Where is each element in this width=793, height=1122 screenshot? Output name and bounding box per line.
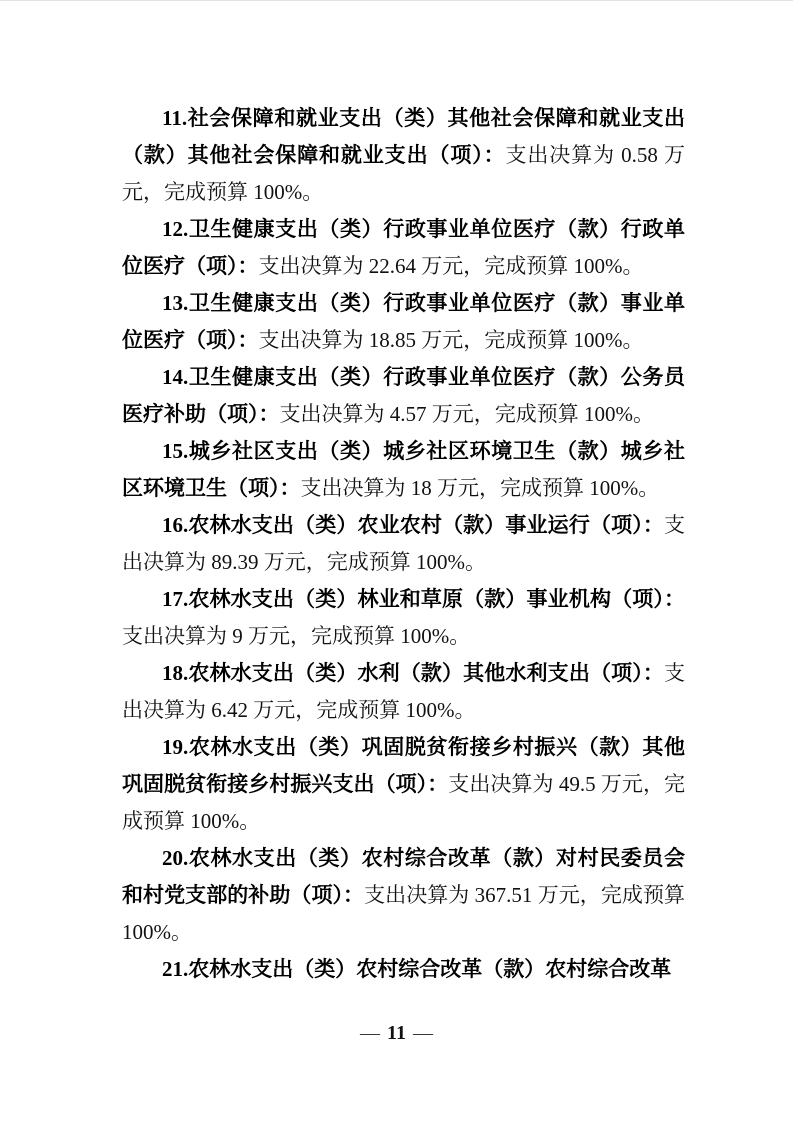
paragraph-item-11: 11.社会保障和就业支出（类）其他社会保障和就业支出（款）其他社会保障和就业支出… (122, 100, 685, 211)
paragraph-15-body: 支出决算为 18 万元，完成预算 100%。 (301, 476, 660, 500)
paragraph-item-20: 20.农林水支出（类）农村综合改革（款）对村民委员会和村党支部的补助（项）：支出… (122, 840, 685, 951)
page-number-value: 11 (382, 1022, 411, 1044)
paragraph-item-19: 19.农林水支出（类）巩固脱贫衔接乡村振兴（款）其他巩固脱贫衔接乡村振兴支出（项… (122, 729, 685, 840)
paragraph-item-18: 18.农林水支出（类）水利（款）其他水利支出（项）：支出决算为 6.42 万元，… (122, 655, 685, 729)
paragraph-17-body: 支出决算为 9 万元，完成预算 100%。 (122, 624, 470, 648)
paragraph-item-16: 16.农林水支出（类）农业农村（款）事业运行（项）：支出决算为 89.39 万元… (122, 507, 685, 581)
paragraph-item-12: 12.卫生健康支出（类）行政事业单位医疗（款）行政单位医疗（项）：支出决算为 2… (122, 211, 685, 285)
document-body-text: 11.社会保障和就业支出（类）其他社会保障和就业支出（款）其他社会保障和就业支出… (122, 100, 685, 988)
paragraph-item-15: 15.城乡社区支出（类）城乡社区环境卫生（款）城乡社区环境卫生（项）：支出决算为… (122, 433, 685, 507)
paragraph-item-14: 14.卫生健康支出（类）行政事业单位医疗（款）公务员医疗补助（项）：支出决算为 … (122, 359, 685, 433)
paragraph-21-heading: 21.农林水支出（类）农村综合改革（款）农村综合改革 (162, 957, 671, 981)
paragraph-12-body: 支出决算为 22.64 万元，完成预算 100%。 (259, 254, 644, 278)
paragraph-16-heading: 16.农林水支出（类）农业农村（款）事业运行（项）： (162, 513, 664, 537)
paragraph-18-heading: 18.农林水支出（类）水利（款）其他水利支出（项）： (162, 661, 664, 685)
paragraph-item-21: 21.农林水支出（类）农村综合改革（款）农村综合改革 (122, 951, 685, 988)
paragraph-17-heading: 17.农林水支出（类）林业和草原（款）事业机构（项）： (162, 587, 685, 611)
paragraph-item-17: 17.农林水支出（类）林业和草原（款）事业机构（项）：支出决算为 9 万元，完成… (122, 581, 685, 655)
paragraph-14-body: 支出决算为 4.57 万元，完成预算 100%。 (280, 402, 655, 426)
page-number: —11— (0, 1020, 793, 1046)
document-page: 11.社会保障和就业支出（类）其他社会保障和就业支出（款）其他社会保障和就业支出… (0, 0, 793, 1122)
paragraph-13-body: 支出决算为 18.85 万元，完成预算 100%。 (259, 328, 644, 352)
page-number-dash-left: — (358, 1022, 382, 1044)
paragraph-item-13: 13.卫生健康支出（类）行政事业单位医疗（款）事业单位医疗（项）：支出决算为 1… (122, 285, 685, 359)
page-number-dash-right: — (411, 1022, 435, 1044)
